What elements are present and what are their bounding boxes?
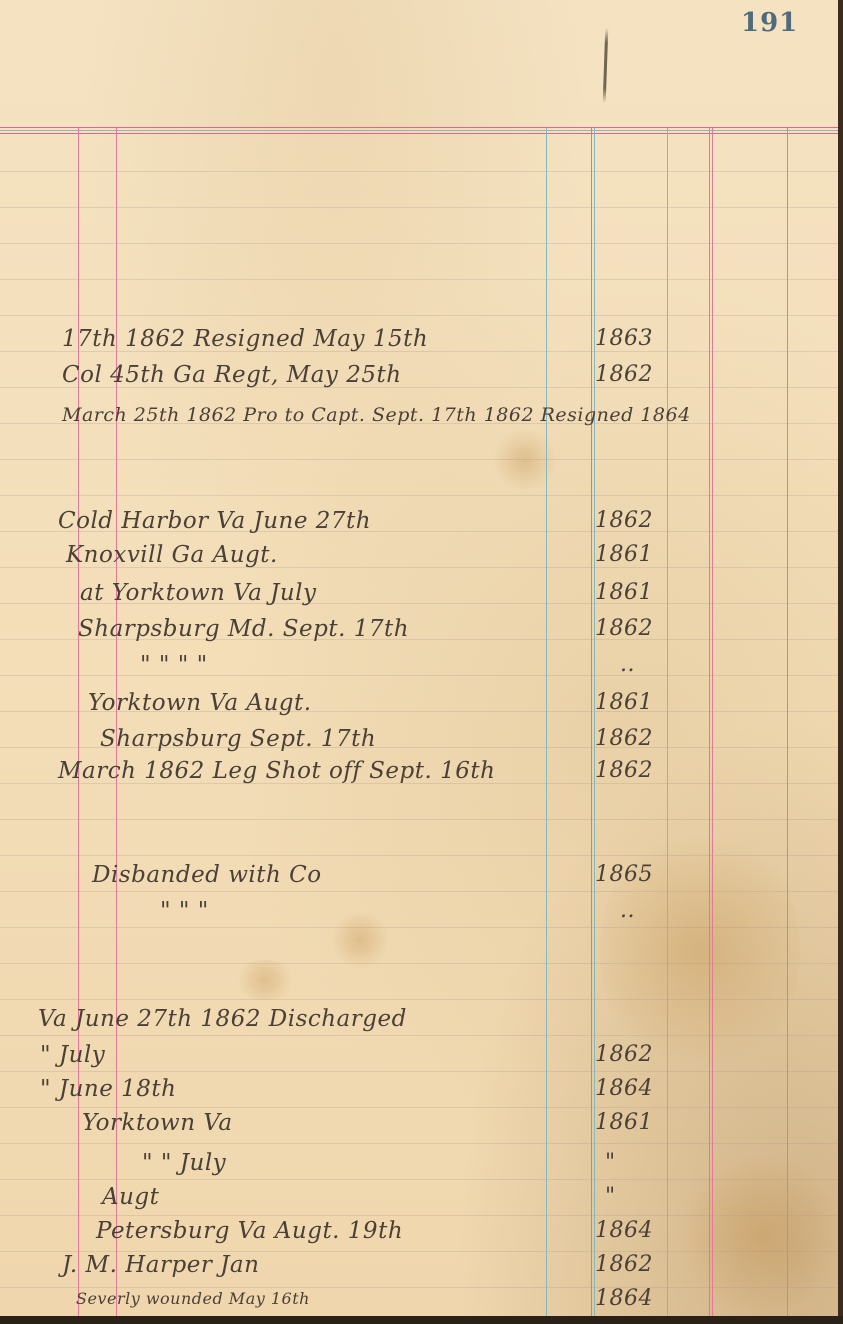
ledger-row: Cold Harbor Va June 27th 1862 <box>0 508 838 542</box>
ledger-row: " " July " <box>0 1150 838 1184</box>
ledger-row: J. M. Harper Jan 1862 <box>0 1252 838 1286</box>
ledger-row: Sharpsburg Sept. 17th 1862 <box>0 726 838 760</box>
entry-text: Col 45th Ga Regt, May 25th <box>62 362 402 388</box>
ledger-row: Petersburg Va Augt. 19th 1864 <box>0 1218 838 1252</box>
entry-text: Va June 27th 1862 Discharged <box>38 1006 407 1032</box>
entry-year: 1862 <box>595 758 653 783</box>
ledger-row: at Yorktown Va July 1861 <box>0 580 838 614</box>
page-edge <box>838 0 843 1324</box>
ledger-row: Sharpsburg Md. Sept. 17th 1862 <box>0 616 838 650</box>
entry-year: 1862 <box>595 726 653 751</box>
ledger-row: March 25th 1862 Pro to Capt. Sept. 17th … <box>0 404 838 438</box>
entry-year: 1863 <box>595 326 653 351</box>
ledger-row: Va June 27th 1862 Discharged <box>0 1006 838 1040</box>
entry-text: Augt <box>102 1184 159 1210</box>
entry-text: Yorktown Va <box>82 1110 233 1136</box>
entry-text: Sharpsburg Md. Sept. 17th <box>78 616 409 642</box>
ledger-row: " " " " .. <box>0 652 838 686</box>
ledger-row: 17th 1862 Resigned May 15th 1863 <box>0 326 838 360</box>
entry-year: 1861 <box>595 542 653 567</box>
entry-year: " <box>605 1150 616 1175</box>
entry-year: 1861 <box>595 690 653 715</box>
entry-text: March 1862 Leg Shot off Sept. 16th <box>58 758 495 784</box>
entry-text: " " July <box>142 1150 226 1176</box>
ledger-row: " July 1862 <box>0 1042 838 1076</box>
entry-text: Severly wounded May 16th <box>76 1289 310 1308</box>
ditto-marks: " " " " <box>140 652 208 678</box>
entry-text: " June 18th <box>40 1076 176 1102</box>
page-number: 191 <box>741 8 798 38</box>
entry-text: 17th 1862 Resigned May 15th <box>62 326 428 352</box>
stain <box>600 820 800 1080</box>
ledger-row: Knoxvill Ga Augt. 1861 <box>0 542 838 576</box>
entry-year: 1862 <box>595 362 653 387</box>
stain <box>230 960 300 1000</box>
entry-year: .. <box>620 898 635 923</box>
entry-year: .. <box>620 652 635 677</box>
entry-text: at Yorktown Va July <box>80 580 317 606</box>
ledger-row: Yorktown Va 1861 <box>0 1110 838 1144</box>
ledger-row: " " " .. <box>0 898 838 932</box>
entry-year: 1865 <box>595 862 653 887</box>
entry-text: Petersburg Va Augt. 19th <box>96 1218 403 1244</box>
entry-text: J. M. Harper Jan <box>62 1252 259 1278</box>
entry-year: 1862 <box>595 1252 653 1277</box>
ledger-row: Augt " <box>0 1184 838 1218</box>
ledger-row: Disbanded with Co 1865 <box>0 862 838 896</box>
entry-text: Cold Harbor Va June 27th <box>58 508 371 534</box>
entry-year: 1862 <box>595 616 653 641</box>
entry-text: Knoxvill Ga Augt. <box>66 542 278 568</box>
entry-year: 1861 <box>595 1110 653 1135</box>
entry-year: 1862 <box>595 1042 653 1067</box>
entry-year: 1864 <box>595 1286 653 1311</box>
entry-text: Sharpsburg Sept. 17th <box>100 726 376 752</box>
ledger-row: Col 45th Ga Regt, May 25th 1862 <box>0 362 838 396</box>
page-edge <box>0 1316 843 1324</box>
paper-tear <box>603 28 609 103</box>
entry-text: Disbanded with Co <box>92 862 322 888</box>
entry-year: 1864 <box>595 1218 653 1243</box>
stain <box>490 430 560 490</box>
entry-year: " <box>605 1184 616 1209</box>
ledger-page: 191 17th 1862 Resigned May 15th 1863 Col… <box>0 0 838 1316</box>
ledger-row: " June 18th 1864 <box>0 1076 838 1110</box>
ledger-row: Severly wounded May 16th 1864 <box>0 1286 838 1316</box>
entry-text: March 25th 1862 Pro to Capt. Sept. 17th … <box>62 404 691 426</box>
ledger-row: March 1862 Leg Shot off Sept. 16th 1862 <box>0 758 838 792</box>
entry-year: 1862 <box>595 508 653 533</box>
entry-text: " July <box>40 1042 105 1068</box>
ledger-row: Yorktown Va Augt. 1861 <box>0 690 838 724</box>
entry-year: 1861 <box>595 580 653 605</box>
entry-year: 1864 <box>595 1076 653 1101</box>
entry-text: Yorktown Va Augt. <box>88 690 312 716</box>
ditto-marks: " " " <box>160 898 209 924</box>
